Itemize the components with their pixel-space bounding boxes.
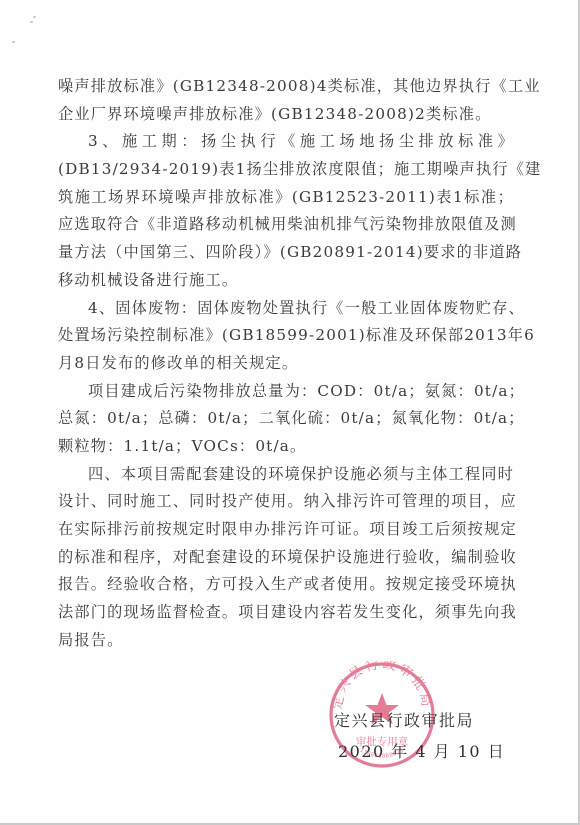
text-line: 项目建成后污染物排放总量为：COD：0t/a；氨氮：0t/a； bbox=[58, 378, 514, 406]
text-line: 报告。经验收合格，方可投入生产或者使用。按规定接受环境执 bbox=[58, 571, 514, 599]
text-line: 3、施工期：扬尘执行《施工场地扬尘排放标准》 bbox=[58, 128, 514, 156]
text-line: 移动机械设备进行施工。 bbox=[58, 267, 514, 295]
text-line: 企业厂界环境噪声排放标准》(GB12348-2008)2类标准。 bbox=[58, 101, 514, 129]
text-line: 4、固体废物：固体废物处置执行《一般工业固体废物贮存、 bbox=[58, 295, 514, 323]
signature-organization: 定兴县行政审批局 bbox=[334, 708, 474, 731]
text-line: 应选取符合《非道路移动机械用柴油机排气污染物排放限值及测 bbox=[58, 211, 514, 239]
text-line: 量方法（中国第三、四阶段）》(GB20891-2014)要求的非道路 bbox=[58, 239, 514, 267]
signature-date: 2020 年 4 月 10 日 bbox=[338, 739, 505, 762]
scan-speck bbox=[30, 21, 33, 23]
text-line: 筑施工场界环境噪声排放标准》(GB12523-2011)表1标准； bbox=[58, 184, 514, 212]
text-line: 处置场污染控制标准》(GB18599-2001)标准及环保部2013年6 bbox=[58, 322, 514, 350]
text-line: 四、本项目需配套建设的环境保护设施必须与主体工程同时 bbox=[58, 461, 514, 489]
scan-speck bbox=[12, 41, 15, 43]
text-line: (DB13/2934-2019)表1扬尘排放浓度限值；施工期噪声执行《建 bbox=[58, 156, 514, 184]
text-line: 总氮：0t/a；总磷：0t/a；二氧化硫：0t/a；氮氧化物：0t/a； bbox=[58, 405, 514, 433]
document-body: 噪声排放标准》(GB12348-2008)4类标准，其他边界执行《工业 企业厂界… bbox=[58, 73, 514, 654]
text-line: 法部门的现场监督检查。项目建设内容若发生变化，须事先向我 bbox=[58, 599, 514, 627]
text-line: 的标准和程序，对配套建设的环境保护设施进行验收，编制验收 bbox=[58, 544, 514, 572]
scan-speck bbox=[33, 16, 36, 18]
text-line: 在实际排污前按规定时限申办排污许可证。项目竣工后须按规定 bbox=[58, 516, 514, 544]
text-line: 局报告。 bbox=[58, 627, 514, 655]
text-line: 设计、同时施工、同时投产使用。纳入排污许可管理的项目，应 bbox=[58, 488, 514, 516]
document-page: 噪声排放标准》(GB12348-2008)4类标准，其他边界执行《工业 企业厂界… bbox=[0, 0, 580, 825]
text-line: 噪声排放标准》(GB12348-2008)4类标准，其他边界执行《工业 bbox=[58, 73, 514, 101]
text-line: 月8日发布的修改单的相关规定。 bbox=[58, 350, 514, 378]
text-line: 颗粒物：1.1t/a；VOCs：0t/a。 bbox=[58, 433, 514, 461]
